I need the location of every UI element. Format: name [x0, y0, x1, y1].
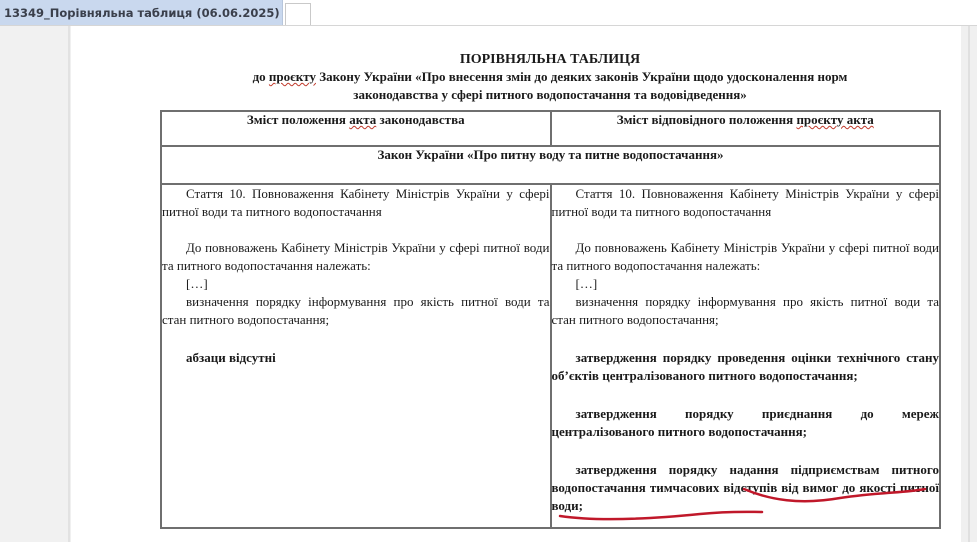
left-pane	[0, 26, 70, 542]
new-tab-button[interactable]	[285, 3, 311, 25]
right-scroll-gutter[interactable]	[968, 26, 977, 542]
tab-title: 13349_Порівняльна таблиця (06.06.2025)	[4, 6, 280, 20]
subtitle-text: Закону України «Про внесення змін до дея…	[316, 69, 847, 84]
current-text-cell: Стаття 10. Повноваження Кабінету Міністр…	[161, 184, 551, 528]
subtitle-text: до	[253, 69, 269, 84]
document-tab[interactable]: 13349_Порівняльна таблиця (06.06.2025) ×	[0, 0, 283, 25]
ellipsis: […]	[552, 275, 940, 293]
tab-bar: 13349_Порівняльна таблиця (06.06.2025) ×	[0, 0, 977, 26]
law-title-row: Закон України «Про питну воду та питне в…	[161, 146, 940, 184]
comparison-table: Зміст положення акта законодавства Зміст…	[160, 110, 941, 529]
new-item: затвердження порядку приєднання до мереж…	[552, 405, 940, 441]
column-header-current: Зміст положення акта законодавства	[161, 111, 551, 146]
document-title: ПОРІВНЯЛЬНА ТАБЛИЦЯ	[150, 51, 950, 68]
existing-item: визначення порядку інформування про якіс…	[162, 293, 550, 329]
spellcheck-word[interactable]: акта	[349, 112, 376, 127]
spellcheck-word[interactable]: проєкту акта	[796, 112, 873, 127]
new-item: затвердження порядку проведення оцінки т…	[552, 349, 940, 385]
ellipsis: […]	[162, 275, 550, 293]
missing-note: абзаци відсутні	[162, 349, 550, 367]
column-header-draft: Зміст відповідного положення проєкту акт…	[551, 111, 941, 146]
existing-item: визначення порядку інформування про якіс…	[552, 293, 940, 329]
powers-intro: До повноважень Кабінету Міністрів Україн…	[552, 239, 940, 275]
draft-text-cell: Стаття 10. Повноваження Кабінету Міністр…	[551, 184, 941, 528]
article-heading: Стаття 10. Повноваження Кабінету Міністр…	[162, 185, 550, 221]
subtitle-text: законодавства у сфері питного водопостач…	[353, 87, 747, 102]
new-item-highlighted: затвердження порядку надання підприємств…	[552, 461, 940, 515]
article-heading: Стаття 10. Повноваження Кабінету Міністр…	[552, 185, 940, 221]
spellcheck-word[interactable]: проєкту	[269, 69, 316, 84]
document-subtitle: до проєкту Закону України «Про внесення …	[150, 68, 950, 104]
powers-intro: До повноважень Кабінету Міністрів Україн…	[162, 239, 550, 275]
